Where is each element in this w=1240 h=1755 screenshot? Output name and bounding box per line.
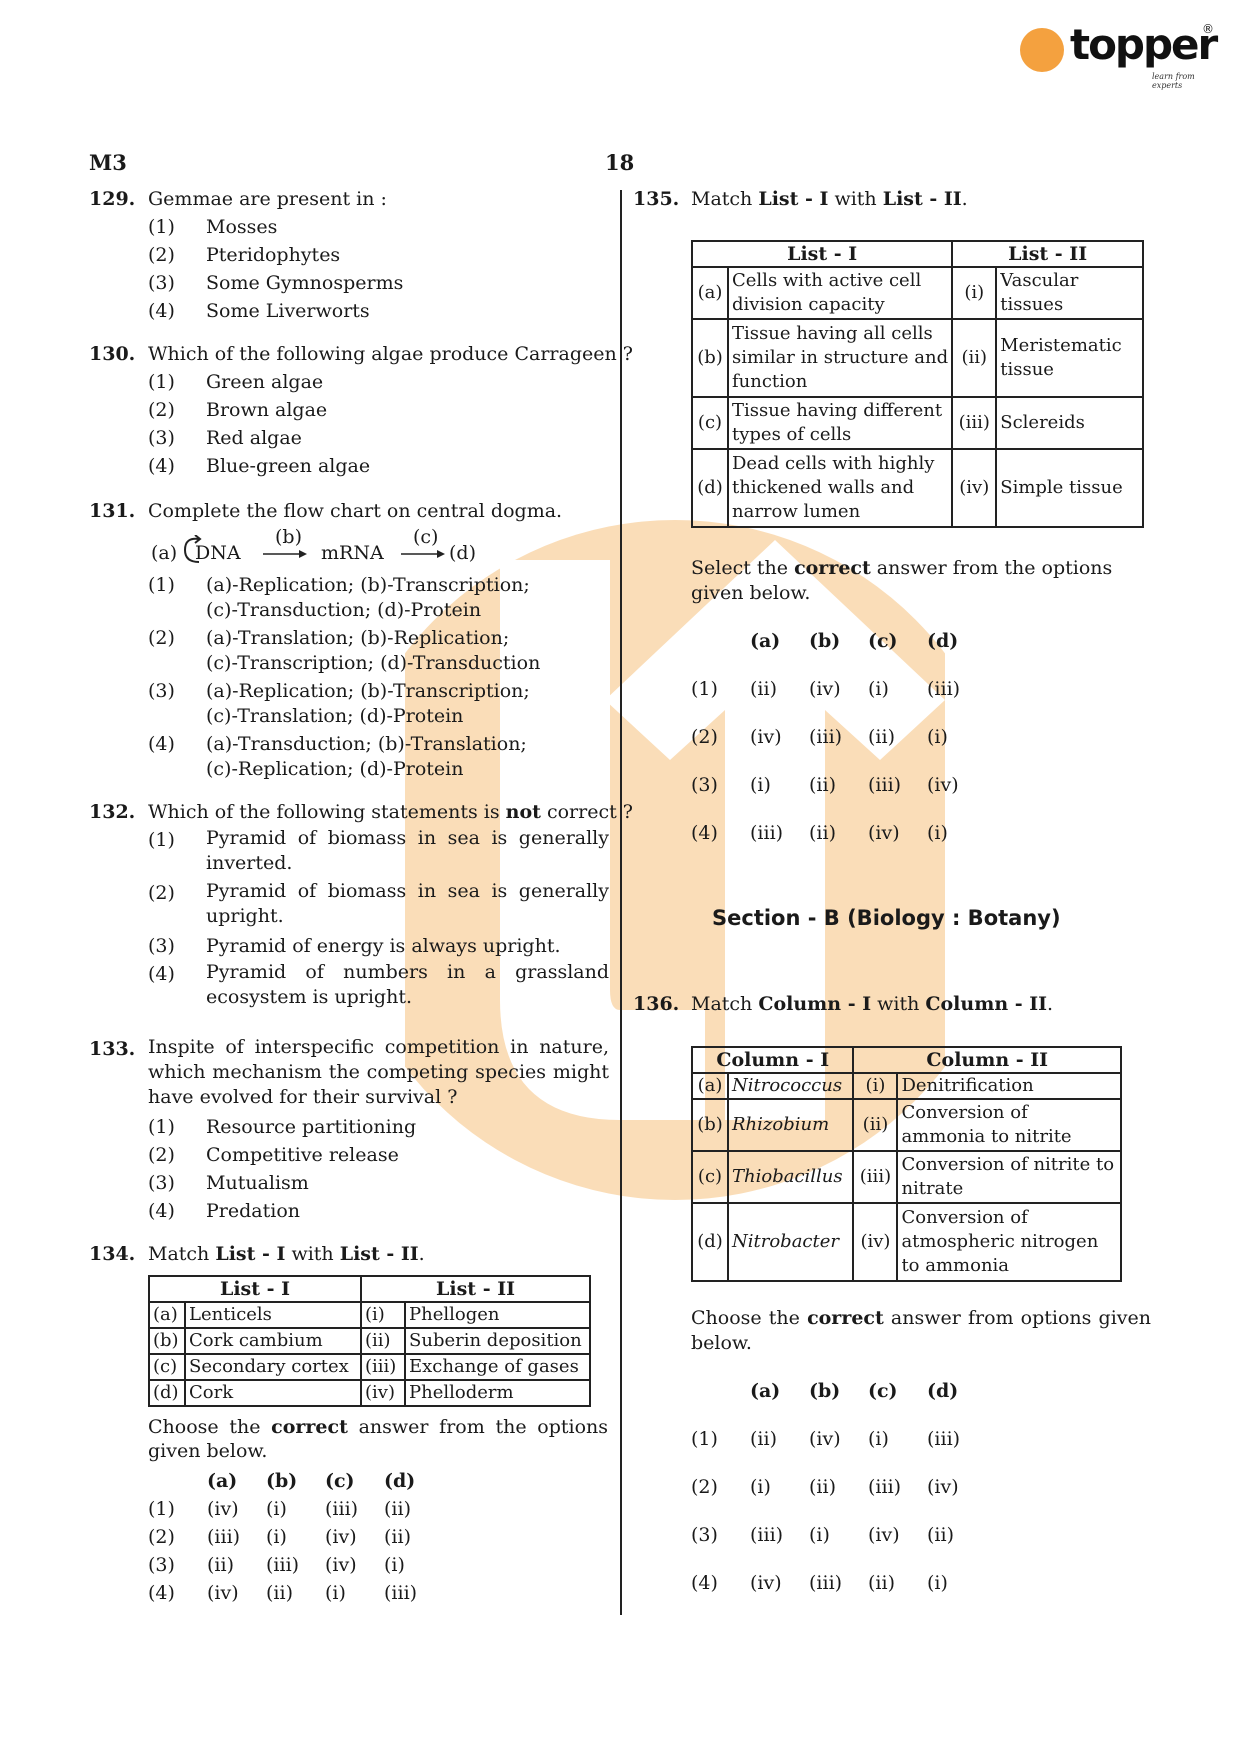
- table-row: (c)Tissue having different types of cell…: [692, 397, 1143, 449]
- answer-option-value: (iv): [750, 1572, 782, 1594]
- answer-option-value: (iv): [325, 1526, 357, 1548]
- column-divider: [620, 190, 622, 1615]
- answer-option-value: (i): [809, 1524, 830, 1546]
- answer-column-header: (a): [750, 630, 780, 652]
- question-number: 135.: [633, 185, 679, 213]
- answer-option-value: (i): [927, 1572, 948, 1594]
- arrow-right-icon: [263, 549, 309, 559]
- answer-option-number[interactable]: (1): [691, 1428, 718, 1450]
- answer-option-value: (iv): [927, 774, 959, 796]
- question-text: Inspite of interspecific competition in …: [148, 1035, 609, 1110]
- answer-option-number[interactable]: (2): [148, 1526, 175, 1548]
- answer-option-value: (ii): [927, 1524, 954, 1546]
- answer-option-value: (ii): [750, 678, 777, 700]
- answer-option-value: (iii): [750, 822, 783, 844]
- answer-column-header: (b): [266, 1470, 297, 1492]
- answer-option-value: (ii): [207, 1554, 234, 1576]
- table-row: (b)Tissue having all cells similar in st…: [692, 319, 1143, 397]
- table-row: (b)Cork cambium(ii)Suberin deposition: [149, 1328, 590, 1354]
- answer-option-value: (iv): [927, 1476, 959, 1498]
- answer-option-value: (i): [750, 774, 771, 796]
- question-text: Match Column - I with Column - II.: [691, 990, 1053, 1018]
- answer-option-value: (iii): [266, 1554, 299, 1576]
- answer-option-value: (i): [868, 678, 889, 700]
- answer-option-value: (ii): [809, 774, 836, 796]
- answer-option-value: (iii): [750, 1524, 783, 1546]
- answer-option-value: (i): [384, 1554, 405, 1576]
- answer-option-value: (iii): [927, 1428, 960, 1450]
- answer-option-value: (iv): [207, 1498, 239, 1520]
- answer-option-value: (i): [868, 1428, 889, 1450]
- answer-column-header: (a): [750, 1380, 780, 1402]
- question-text: Which of the following algae produce Car…: [148, 340, 633, 368]
- answer-option-value: (ii): [809, 822, 836, 844]
- answer-option-value: (ii): [750, 1428, 777, 1450]
- answer-option-value: (iv): [809, 678, 841, 700]
- answer-option-number[interactable]: (1): [148, 1498, 175, 1520]
- answer-column-header: (d): [927, 630, 958, 652]
- answer-column-header: (c): [325, 1470, 355, 1492]
- answer-column-header: (d): [927, 1380, 958, 1402]
- registered-mark: ®: [1202, 22, 1214, 36]
- answer-column-header: (a): [207, 1470, 237, 1492]
- answer-option-number[interactable]: (3): [691, 774, 718, 796]
- answer-option-value: (iii): [927, 678, 960, 700]
- match-table-135: List - IList - II (a)Cells with active c…: [691, 240, 1144, 528]
- answer-option-value: (ii): [809, 1476, 836, 1498]
- answer-option-value: (iv): [868, 1524, 900, 1546]
- table-row: (c)Thiobacillus(iii)Conversion of nitrit…: [692, 1151, 1121, 1203]
- answer-option-value: (iii): [868, 774, 901, 796]
- answer-option-value: (iii): [325, 1498, 358, 1520]
- choose-instruction: Choose the correct answer from options g…: [691, 1306, 1151, 1356]
- question-text: Match List - I with List - II.: [691, 185, 968, 213]
- answer-option-value: (iv): [809, 1428, 841, 1450]
- answer-option-value: (iii): [207, 1526, 240, 1548]
- answer-option-value: (i): [927, 822, 948, 844]
- table-row: (d)Cork(iv)Phelloderm: [149, 1380, 590, 1406]
- answer-option-value: (iv): [750, 726, 782, 748]
- answer-option-value: (ii): [868, 726, 895, 748]
- answer-option-value: (iv): [207, 1582, 239, 1604]
- logo-u-icon: [1020, 28, 1064, 72]
- question-number: 131.: [89, 497, 135, 525]
- table-row: (a)Lenticels(i)Phellogen: [149, 1302, 590, 1328]
- answer-option-value: (i): [266, 1498, 287, 1520]
- section-b-heading: Section - B (Biology : Botany): [712, 906, 1061, 930]
- select-instruction: Select the correct answer from the optio…: [691, 556, 1151, 606]
- arrow-right-icon: [401, 549, 447, 559]
- table-row: (c)Secondary cortex(iii)Exchange of gase…: [149, 1354, 590, 1380]
- choose-instruction: Choose the correct answer from the optio…: [148, 1415, 608, 1463]
- question-number: 130.: [89, 340, 135, 368]
- answer-option-number[interactable]: (1): [691, 678, 718, 700]
- question-text: Which of the following statements is not…: [148, 798, 633, 826]
- table-row: (a)Cells with active cell division capac…: [692, 267, 1143, 319]
- answer-option-value: (ii): [384, 1526, 411, 1548]
- answer-option-number[interactable]: (3): [691, 1524, 718, 1546]
- logo-tagline: learn from experts: [1152, 72, 1220, 90]
- table-row: (d)Dead cells with highly thickened wall…: [692, 449, 1143, 527]
- answer-option-value: (i): [266, 1526, 287, 1548]
- answer-option-value: (iv): [868, 822, 900, 844]
- table-row: (a)Nitrococcus(i)Denitrification: [692, 1073, 1121, 1099]
- answer-option-value: (ii): [384, 1498, 411, 1520]
- answer-option-value: (ii): [868, 1572, 895, 1594]
- answer-option-value: (iv): [325, 1554, 357, 1576]
- exam-page: topper ® learn from experts M3 18 129. G…: [0, 0, 1240, 1755]
- answer-option-number[interactable]: (4): [148, 1582, 175, 1604]
- answer-column-header: (c): [868, 1380, 898, 1402]
- central-dogma-flowchart: (a) DNA (b) mRNA (c) (d): [151, 529, 551, 563]
- question-number: 136.: [633, 990, 679, 1018]
- answer-option-value: (iii): [868, 1476, 901, 1498]
- match-table-134: List - IList - II (a)Lenticels(i)Phellog…: [148, 1275, 591, 1407]
- answer-option-value: (i): [927, 726, 948, 748]
- answer-column-header: (b): [809, 630, 840, 652]
- topper-logo: topper ® learn from experts: [1020, 22, 1220, 82]
- answer-option-number[interactable]: (4): [691, 822, 718, 844]
- question-number: 132.: [89, 798, 135, 826]
- answer-option-number[interactable]: (2): [691, 726, 718, 748]
- question-text: Complete the flow chart on central dogma…: [148, 497, 562, 525]
- answer-option-number[interactable]: (4): [691, 1572, 718, 1594]
- question-text: Gemmae are present in :: [148, 185, 387, 213]
- table-row: (d)Nitrobacter(iv)Conversion of atmosphe…: [692, 1203, 1121, 1281]
- question-text: Match List - I with List - II.: [148, 1240, 425, 1268]
- match-table-136: Column - IColumn - II (a)Nitrococcus(i)D…: [691, 1046, 1122, 1282]
- paper-code: M3: [89, 150, 127, 175]
- answer-column-header: (b): [809, 1380, 840, 1402]
- question-number: 134.: [89, 1240, 135, 1268]
- answer-column-header: (d): [384, 1470, 415, 1492]
- answer-option-value: (i): [750, 1476, 771, 1498]
- answer-option-value: (iii): [809, 1572, 842, 1594]
- answer-option-value: (iii): [809, 726, 842, 748]
- question-number: 133.: [89, 1035, 135, 1063]
- table-row: (b)Rhizobium(ii)Conversion of ammonia to…: [692, 1099, 1121, 1151]
- page-number: 18: [605, 150, 634, 175]
- answer-column-header: (c): [868, 630, 898, 652]
- answer-option-number[interactable]: (3): [148, 1554, 175, 1576]
- answer-option-number[interactable]: (2): [691, 1476, 718, 1498]
- question-number: 129.: [89, 185, 135, 213]
- logo-wordmark: topper: [1070, 20, 1216, 69]
- answer-option-value: (iii): [384, 1582, 417, 1604]
- answer-option-value: (ii): [266, 1582, 293, 1604]
- answer-option-value: (i): [325, 1582, 346, 1604]
